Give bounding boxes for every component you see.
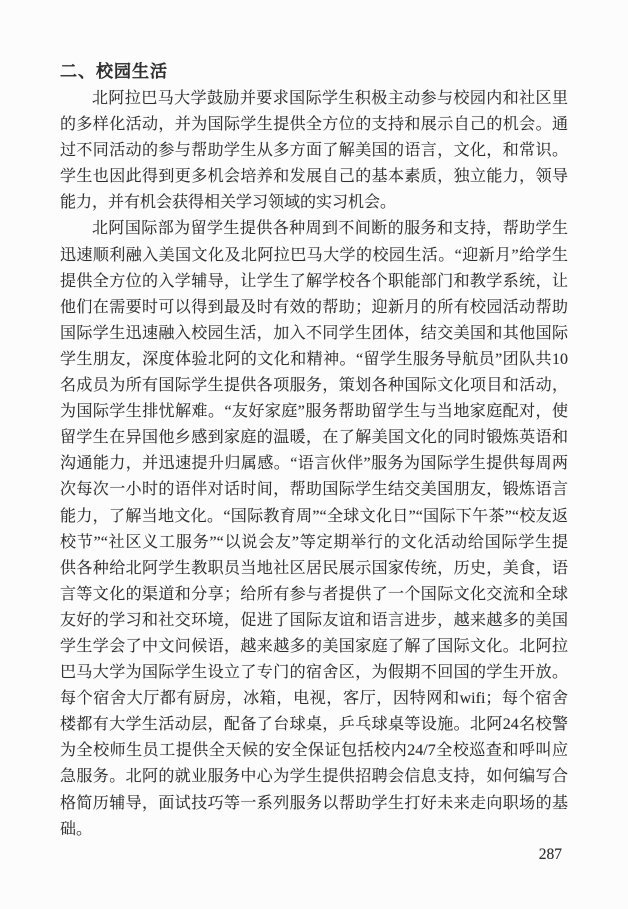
- text-line: 格简历辅导，面试技巧等一系列服务以帮助学生打好未来走向职场的基: [60, 791, 568, 817]
- text-block: 二、校园生活 北阿拉巴马大学鼓励并要求国际学生积极主动参与校园内和社区里的多样化…: [60, 57, 568, 843]
- paragraph: 北阿国际部为留学生提供各种周到不间断的服务和支持，帮助学生迅速顺利融入美国文化及…: [60, 216, 568, 842]
- text-line: 国际学生迅速融入校园生活，加入不同学生团体，结交美国和其他国际: [60, 321, 568, 347]
- text-line: 巴马大学为国际学生设立了专门的宿舍区，为假期不回国的学生开放。: [60, 660, 568, 686]
- text-line: 学生也因此得到更多机会培养和发展自己的基本素质，独立能力，领导: [60, 164, 568, 190]
- text-line: 迅速顺利融入美国文化及北阿拉巴马大学的校园生活。“迎新月”给学生: [60, 243, 568, 269]
- text-line: 提供全方位的入学辅导，让学生了解学校各个职能部门和教学系统，让: [60, 269, 568, 295]
- text-line: 每个宿舍大厅都有厨房，冰箱，电视，客厅，因特网和wifi；每个宿舍: [60, 686, 568, 712]
- text-line: 能力，了解当地文化。“国际教育周”“全球文化日”“国际下午茶”“校友返: [60, 504, 568, 530]
- text-line: 为国际学生排忧解难。“友好家庭”服务帮助留学生与当地家庭配对，使: [60, 399, 568, 425]
- text-line: 急服务。北阿的就业服务中心为学生提供招聘会信息支持，如何编写合: [60, 764, 568, 790]
- text-line: 北阿国际部为留学生提供各种周到不间断的服务和支持，帮助学生: [60, 216, 568, 242]
- paragraph: 北阿拉巴马大学鼓励并要求国际学生积极主动参与校园内和社区里的多样化活动，并为国际…: [60, 86, 568, 216]
- text-line: 供各种给北阿学生教职员当地社区居民展示国家传统，历史，美食，语: [60, 556, 568, 582]
- text-line: 他们在需要时可以得到最及时有效的帮助；迎新月的所有校园活动帮助: [60, 295, 568, 321]
- text-line: 沟通能力，并迅速提升归属感。“语言伙伴”服务为国际学生提供每周两: [60, 451, 568, 477]
- text-line: 的多样化活动，并为国际学生提供全方位的支持和展示自己的机会。通: [60, 112, 568, 138]
- text-line: 楼都有大学生活动层，配备了台球桌，乒乓球桌等设施。北阿24名校警: [60, 712, 568, 738]
- text-line: 础。: [60, 817, 568, 843]
- text-line: 北阿拉巴马大学鼓励并要求国际学生积极主动参与校园内和社区里: [60, 86, 568, 112]
- text-line: 能力，并有机会获得相关学习领域的实习机会。: [60, 190, 568, 216]
- text-line: 次每次一小时的语伴对话时间，帮助国际学生结交美国朋友，锻炼语言: [60, 477, 568, 503]
- text-line: 友好的学习和社交环境，促进了国际友谊和语言进步，越来越多的美国: [60, 608, 568, 634]
- text-line: 言等文化的渠道和分享；给所有参与者提供了一个国际文化交流和全球: [60, 582, 568, 608]
- text-line: 为全校师生员工提供全天候的安全保证包括校内24/7全校巡查和呼叫应: [60, 738, 568, 764]
- text-line: 学生学会了中文问候语，越来越多的美国家庭了解了国际文化。北阿拉: [60, 634, 568, 660]
- section-heading: 二、校园生活: [60, 57, 568, 86]
- page-number: 287: [539, 845, 562, 865]
- text-line: 过不同活动的参与帮助学生从多方面了解美国的语言，文化，和常识。: [60, 138, 568, 164]
- text-line: 学生朋友，深度体验北阿的文化和精神。“留学生服务导航员”团队共10: [60, 347, 568, 373]
- text-line: 名成员为所有国际学生提供各项服务，策划各种国际文化项目和活动，: [60, 373, 568, 399]
- text-line: 校节”“社区义工服务”“以说会友”等定期举行的文化活动给国际学生提: [60, 530, 568, 556]
- document-page: 二、校园生活 北阿拉巴马大学鼓励并要求国际学生积极主动参与校园内和社区里的多样化…: [0, 0, 628, 909]
- paragraphs-container: 北阿拉巴马大学鼓励并要求国际学生积极主动参与校园内和社区里的多样化活动，并为国际…: [60, 86, 568, 843]
- text-line: 留学生在异国他乡感到家庭的温暖，在了解美国文化的同时锻炼英语和: [60, 425, 568, 451]
